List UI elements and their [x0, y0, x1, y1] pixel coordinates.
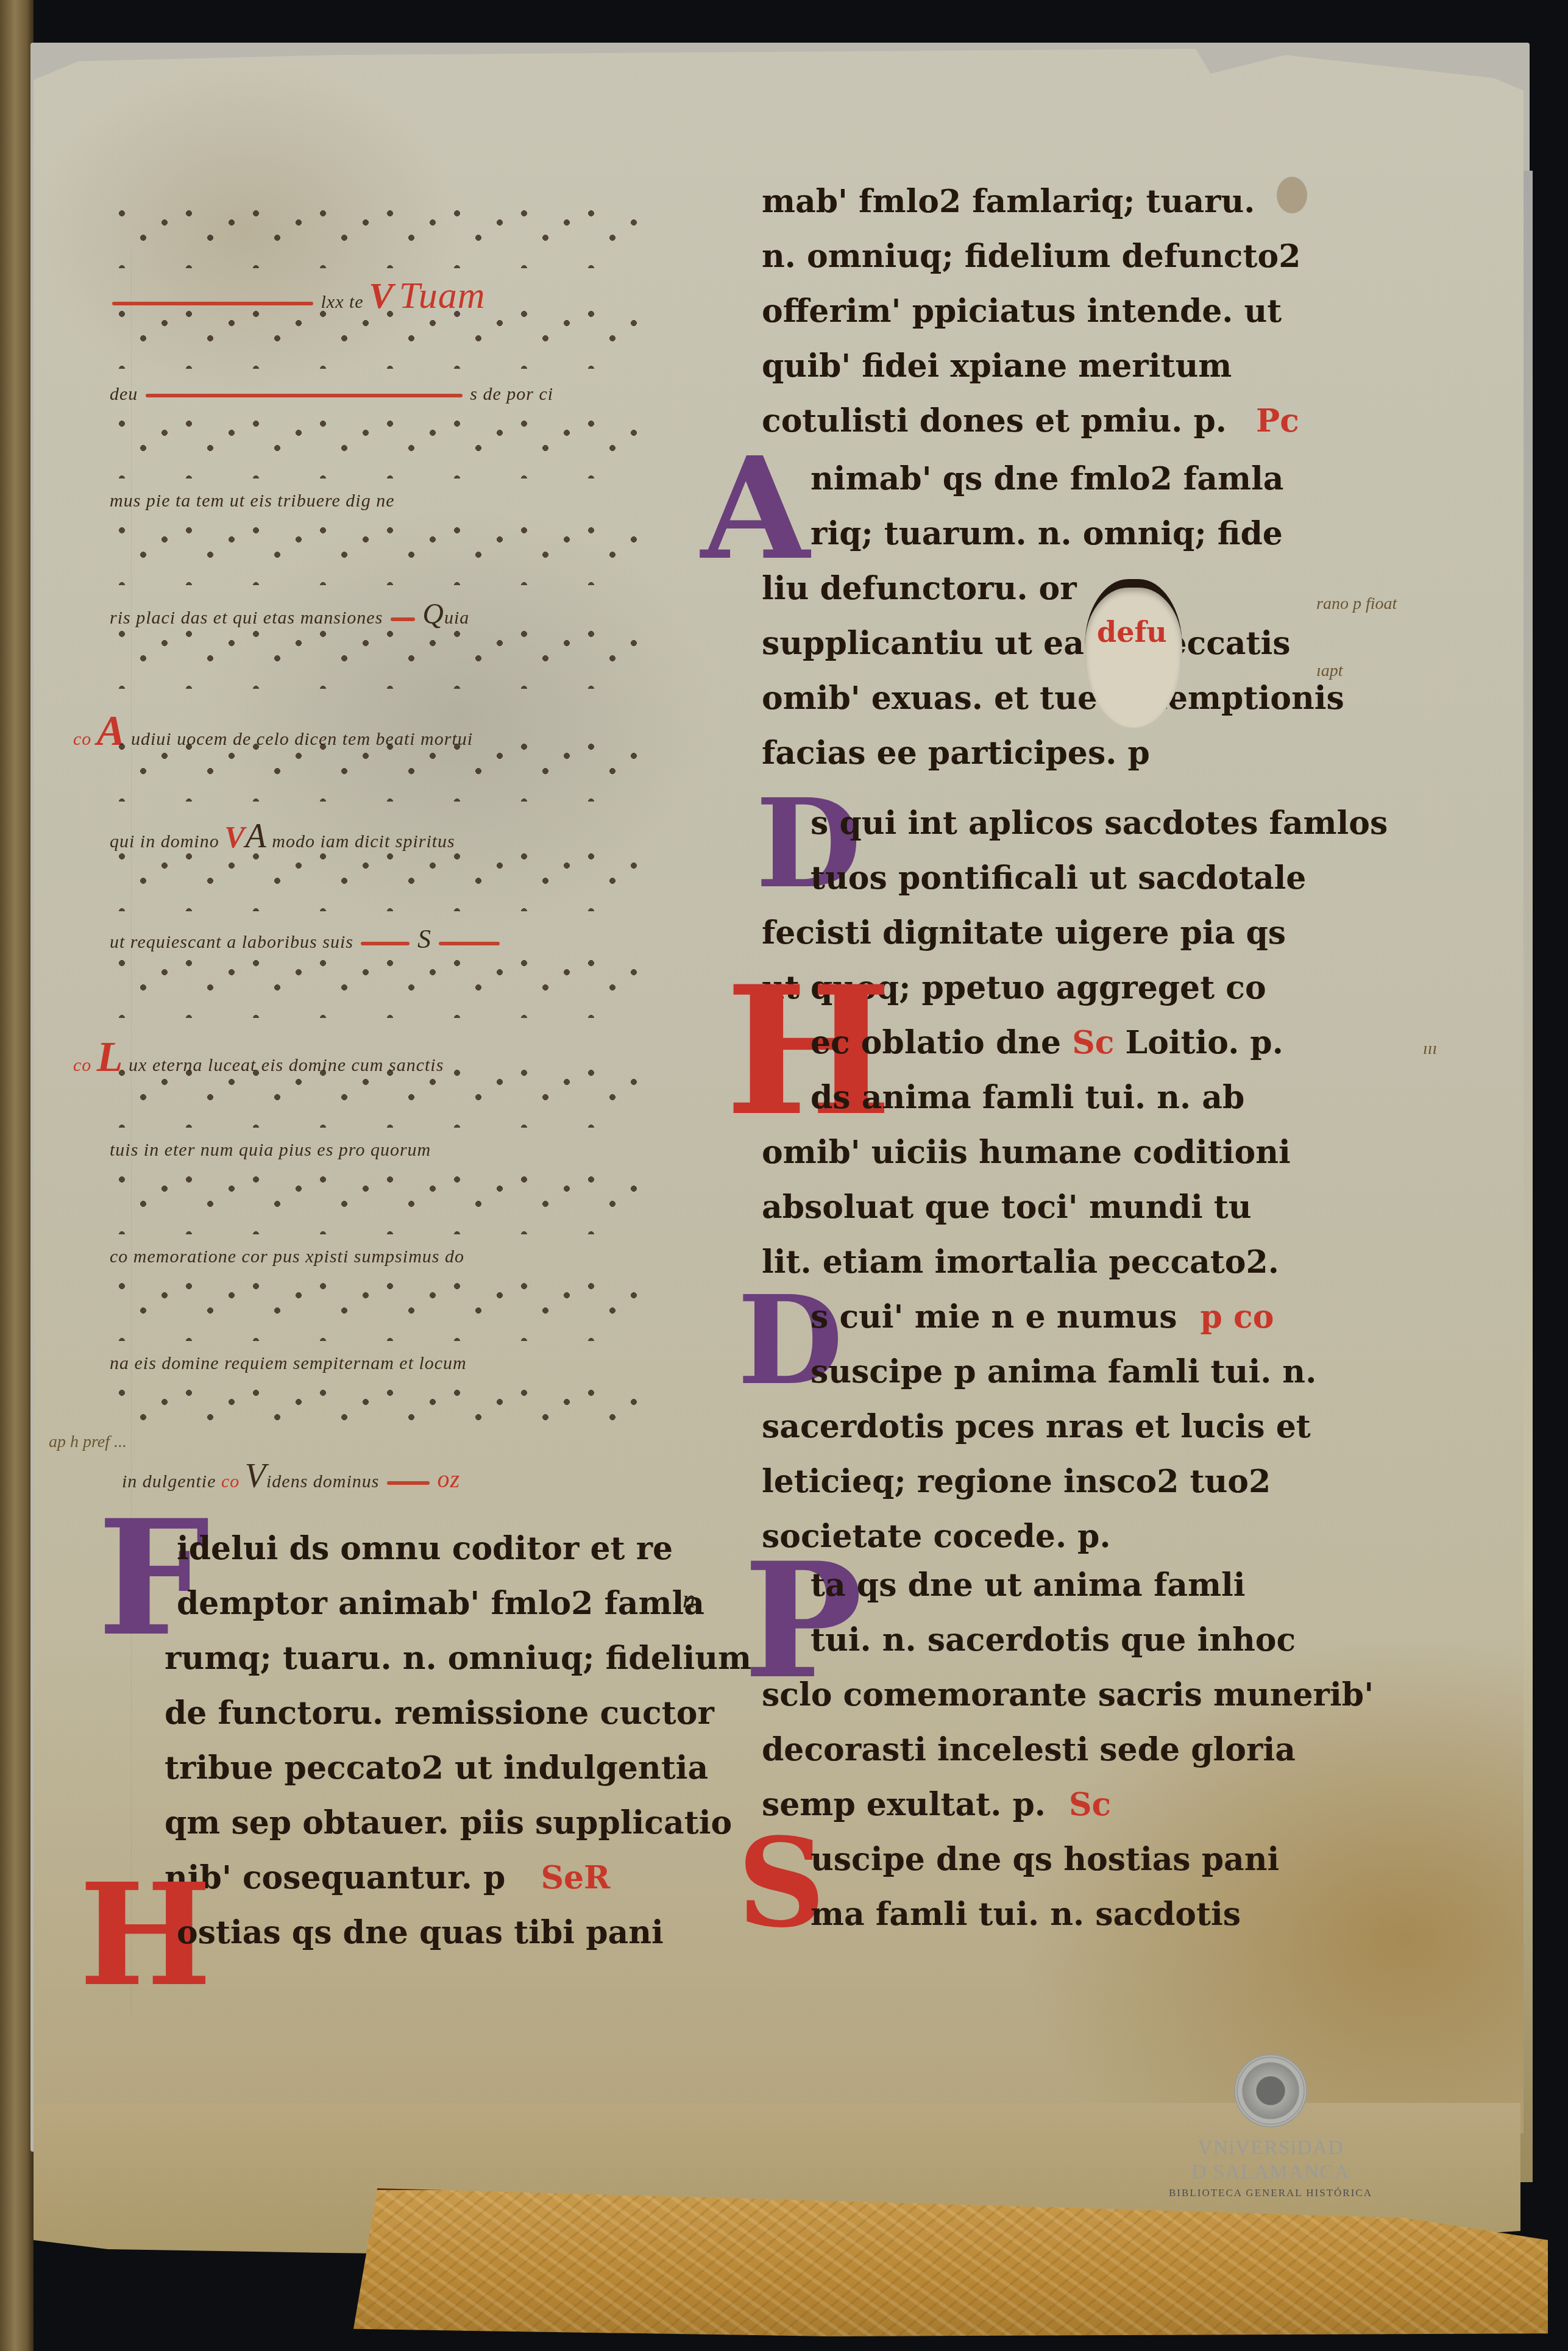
text-line: fecisti dignitate uigere pia qs: [762, 914, 1286, 951]
text-line: offerim' ppiciatus intende. ut: [762, 293, 1282, 330]
text-line: de functoru. remissione cuctor: [165, 1695, 714, 1732]
text-line: sacerdotis pces nras et lucis et: [762, 1408, 1311, 1445]
text-line: idelui ds omnu coditor et re: [177, 1530, 673, 1567]
red-staff-line: [146, 394, 463, 397]
text-line: tuos pontificali ut sacdotale: [811, 859, 1306, 897]
stain: [1277, 177, 1307, 213]
red-staff-line: [439, 942, 500, 945]
text-line: leticieq; regione insco2 tuo2: [762, 1463, 1271, 1500]
red-staff-line: [391, 617, 415, 621]
red-staff-line: [361, 942, 410, 945]
text-line: supplicantiu ut eas a peccatis: [762, 625, 1291, 662]
text-line: tribue peccato2 ut indulgentia: [165, 1749, 708, 1787]
rubric-postcommunion: p co: [1201, 1298, 1274, 1336]
music-text-line: na eis domine requiem sempiternam et loc…: [110, 1353, 467, 1374]
rubric-secreta: Sc: [1069, 1786, 1111, 1823]
neume-row: [110, 1167, 646, 1234]
music-text-line: tuis in eter num quia pius es pro quorum: [110, 1140, 431, 1161]
music-text-line: ut requiescant a laboribus suis S: [110, 923, 502, 955]
watermark-city: D SALAMANCA: [1130, 2160, 1411, 2185]
text-line: ostias qs dne quas tibi pani: [177, 1914, 664, 1951]
neume-row: [110, 734, 646, 802]
library-watermark: VNiVERSiDAD D SALAMANCA BIBLIOTECA GENER…: [1130, 2054, 1411, 2199]
initial-A: A: [701, 439, 809, 579]
text-line: absoluat que toci' mundi tu: [762, 1189, 1252, 1226]
rubric-postcommunion: Pc: [1256, 402, 1299, 439]
rubric-secreta: Sc: [1072, 1024, 1114, 1061]
text-line: uscipe dne qs hostias pani: [811, 1841, 1279, 1878]
neume-row: [110, 411, 646, 478]
watermark-university: VNiVERSiDAD: [1130, 2136, 1411, 2160]
text-line: ta qs dne ut anima famli: [811, 1567, 1246, 1604]
neume-row: [110, 201, 646, 268]
margin-annotation: ap h pref ...: [49, 1432, 127, 1452]
neume-row: [110, 844, 646, 911]
music-text-line: mus pie ta tem ut eis tribuere dig ne: [110, 491, 395, 511]
text-line: ec oblatio dne Sc Loitio. p.: [811, 1024, 1283, 1061]
music-text-line: co memoratione cor pus xpisti sumpsimus …: [110, 1247, 464, 1267]
text-line: liu defunctoru. or: [762, 570, 1077, 607]
margin-mark: n: [683, 1585, 695, 1614]
text-line: facias ee participes. p: [762, 734, 1150, 772]
text-line: quib' fidei xpiane meritum: [762, 347, 1232, 385]
text-line: qm sep obtauer. piis supplicatio: [165, 1804, 732, 1841]
red-staff-line: [387, 1481, 430, 1485]
text-line: ma famli tui. n. sacdotis: [811, 1896, 1241, 1933]
text-line: sclo comemorante sacris munerib': [762, 1676, 1374, 1713]
neume-row: [110, 302, 646, 369]
university-seal-icon: [1234, 2054, 1307, 2127]
text-line: mab' fmlo2 famlariq; tuaru.: [762, 183, 1255, 220]
text-line: decorasti incelesti sede gloria: [762, 1731, 1296, 1768]
rubric-communion: co: [73, 729, 91, 749]
text-line: ds anima famli tui. n. ab: [811, 1079, 1244, 1116]
neume-row: [110, 1274, 646, 1341]
text-line: nib' cosequantur. p SeR: [165, 1859, 610, 1896]
neume-row: [110, 1381, 646, 1423]
text-line: s qui int aplicos sacdotes famlos: [811, 805, 1388, 842]
vellum-hole: [1085, 579, 1182, 728]
ruling-line: [131, 250, 132, 2018]
text-line: cotulisti dones et pmiu. p. Pc: [762, 402, 1299, 439]
watermark-library: BIBLIOTECA GENERAL HISTÓRICA: [1130, 2187, 1411, 2199]
adjacent-page-edge: [0, 0, 34, 2351]
text-line: rumq; tuaru. n. omniuq; fidelium: [165, 1640, 751, 1677]
text-line: riq; tuarum. n. omniq; fide: [811, 515, 1283, 552]
margin-annotation: rano p fioat: [1316, 594, 1397, 614]
rubric-secreta: SeR: [541, 1859, 610, 1896]
initial-F: F: [98, 1499, 210, 1658]
neume-row: [110, 622, 646, 689]
text-line: s cui' mie n e numus p co: [811, 1298, 1274, 1336]
text-line: demptor animab' fmlo2 famla: [177, 1585, 704, 1622]
text-line: nimab' qs dne fmlo2 famla: [811, 460, 1283, 497]
text-line: omib' uiciis humane coditioni: [762, 1134, 1291, 1171]
neume-row: [110, 951, 646, 1018]
music-text-line: deu s de por ci: [110, 384, 553, 405]
margin-annotation: ıapt: [1316, 661, 1343, 681]
text-line: tui. n. sacerdotis que inhoc: [811, 1621, 1296, 1659]
margin-annotation: ııı: [1423, 1039, 1437, 1059]
neume-row: [110, 518, 646, 585]
text-line: n. omniuq; fidelium defuncto2: [762, 238, 1300, 275]
text-line: suscipe p anima famli tui. n.: [811, 1353, 1316, 1390]
neume-row: [110, 1061, 646, 1128]
rubric-through-hole: defu: [1097, 616, 1167, 649]
text-line: omib' exuas. et tue redemptionis: [762, 680, 1344, 717]
rubric-communion: co: [73, 1055, 91, 1075]
